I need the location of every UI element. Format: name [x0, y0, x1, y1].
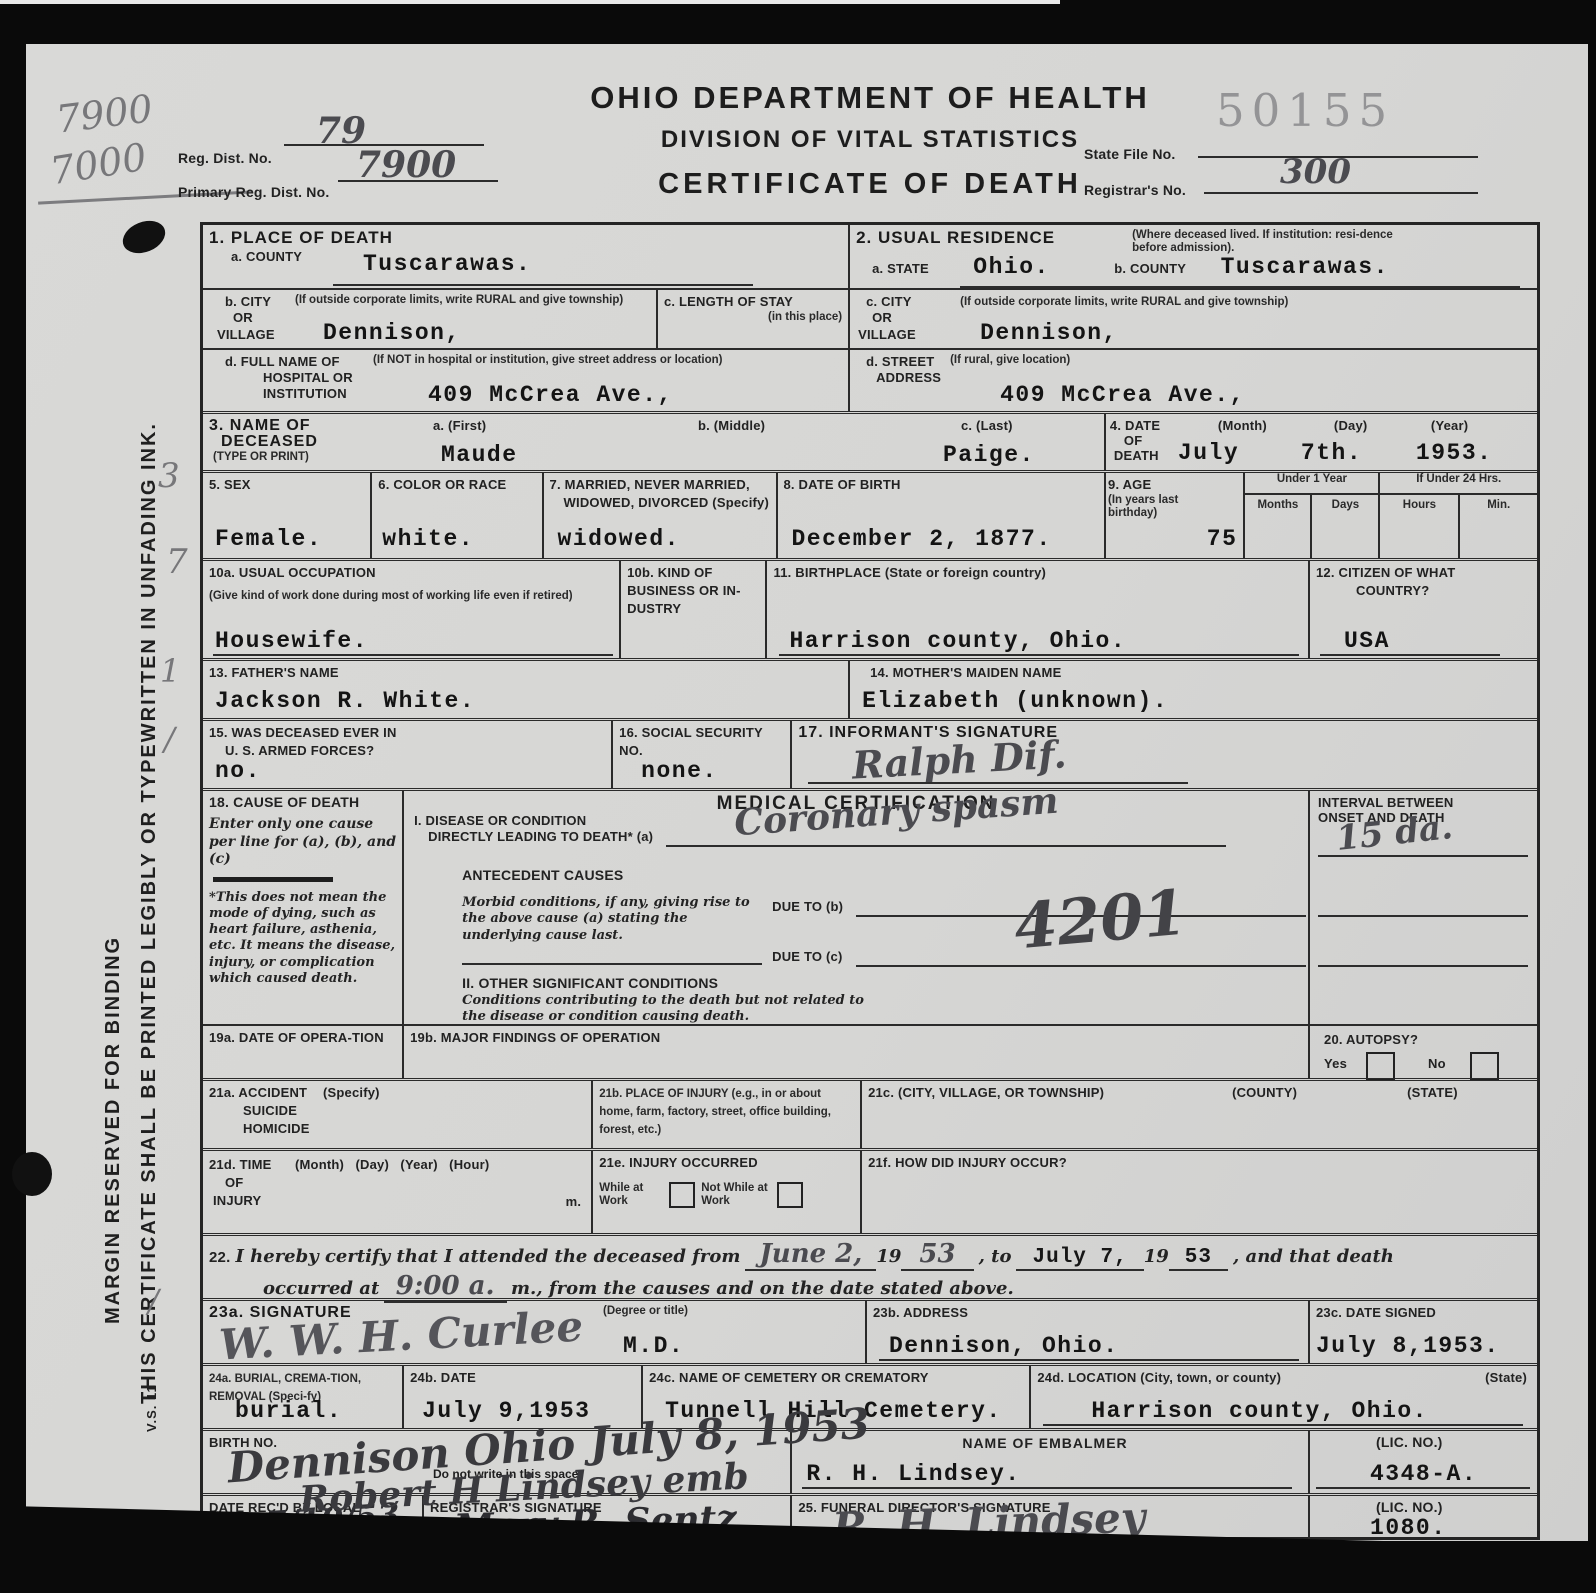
margin-mark-7: 7 [166, 542, 188, 582]
operation-date-label: 19a. DATE OF OPERA-TION [209, 1030, 384, 1045]
last-name-label: c. (Last) [961, 418, 1013, 433]
dod-month-value: July [1178, 440, 1239, 466]
cause-code-handwritten: 4201 [1011, 876, 1189, 964]
accident-specify-label: (Specify) [323, 1085, 380, 1100]
injury-time-cell: 21d. TIME OF INJURY (Month) (Day) (Year)… [203, 1151, 591, 1233]
race-value: white. [382, 526, 474, 552]
marital-cell: 7. MARRIED, NEVER MARRIED, WIDOWED, DIVO… [542, 473, 776, 558]
residence-city-label: c. CITY [866, 294, 911, 309]
punch-hole-top [118, 215, 170, 259]
certify-19b: 19 [1144, 1246, 1169, 1267]
place-or-label: OR [233, 310, 253, 325]
deceased-name-cell: 3. NAME OF DECEASED (TYPE OR PRINT) a. (… [203, 414, 1104, 470]
date-signed-label: 23c. DATE SIGNED [1316, 1305, 1436, 1320]
age-cell: 9. AGE (In years last birthday) 75 [1104, 473, 1243, 558]
mother-label: 14. MOTHER'S MAIDEN NAME [870, 665, 1061, 680]
dod-month-label: (Month) [1218, 418, 1267, 433]
certify-19a: 19 [876, 1246, 901, 1267]
birthplace-cell: 11. BIRTHPLACE (State or foreign country… [765, 561, 1308, 658]
autopsy-cell: 20. AUTOPSY? Yes No [1310, 1026, 1537, 1078]
ssn-label: 16. SOCIAL SECURITY NO. [619, 725, 762, 758]
certify-text2: , and that death [1233, 1246, 1394, 1267]
punch-hole-bottom [12, 1152, 52, 1196]
forces-label1: 15. WAS DECEASED EVER IN [209, 725, 397, 740]
pencil-number-top2: 7000 [47, 135, 149, 194]
burial-location-value: Harrison county, Ohio. [1091, 1398, 1428, 1424]
date-signed-cell: 23c. DATE SIGNED July 8,1953. [1308, 1301, 1537, 1363]
residence-county-value: Tuscarawas. [1221, 254, 1389, 280]
row-place-residence-b: b. CITY OR VILLAGE (If outside corporate… [203, 288, 1537, 348]
certify-from-handwritten: June 2, [745, 1239, 876, 1271]
occupation-value: Housewife. [215, 628, 368, 654]
scan-edge-top [0, 0, 1060, 4]
director-lic-label: (LIC. NO.) [1376, 1499, 1443, 1515]
citizen-cell: 12. CITIZEN OF WHAT COUNTRY? USA [1308, 561, 1537, 658]
place-city-label: b. CITY [225, 294, 271, 309]
hours-label: Hours [1380, 495, 1460, 558]
registrar-no-value: 300 [1280, 152, 1351, 192]
certify-cell: 22. I hereby certify that I attended the… [203, 1236, 1537, 1298]
place-city-note: (If outside corporate limits, write RURA… [295, 294, 625, 307]
embalmer-lic-label: (LIC. NO.) [1376, 1434, 1443, 1450]
accident-label1: 21a. ACCIDENT [209, 1085, 307, 1100]
physician-md: M.D. [623, 1333, 684, 1359]
place-hosp-label3: INSTITUTION [263, 386, 347, 401]
physician-address-value: Dennison, Ohio. [889, 1333, 1119, 1359]
place-village-label: VILLAGE [217, 327, 275, 342]
cemetery-label: 24c. NAME OF CEMETERY OR CREMATORY [649, 1370, 929, 1385]
scanned-death-certificate: 7900 7000 MARGIN RESERVED FOR BINDING TH… [0, 0, 1596, 1593]
margin-mark-3: 3 [158, 456, 180, 496]
informant-cell: 17. INFORMANT'S SIGNATURE Ralph Dif. [790, 721, 1537, 788]
citizen-value: USA [1344, 628, 1390, 654]
margin-ink-text: THIS CERTIFICATE SHALL BE PRINTED LEGIBL… [138, 264, 161, 1404]
row-certify: 22. I hereby certify that I attended the… [203, 1233, 1537, 1298]
dob-cell: 8. DATE OF BIRTH December 2, 1877. [776, 473, 1105, 558]
forces-label2: U. S. ARMED FORCES? [225, 743, 374, 758]
place-stay-label: c. LENGTH OF STAY [664, 294, 793, 309]
residence-header-cell: 2. USUAL RESIDENCE (Where deceased lived… [848, 225, 1537, 288]
disease-value-handwritten: Coronary spasm [733, 780, 1060, 845]
dod-label2: OF [1124, 433, 1142, 448]
certify-text4: m., from the causes and on the date stat… [511, 1278, 1014, 1299]
due-to-b-label: DUE TO (b) [772, 899, 843, 914]
place-hosp-label1: d. FULL NAME OF [225, 354, 340, 369]
dod-year-value: 1953. [1416, 440, 1493, 466]
injury-how-label: 21f. HOW DID INJURY OCCUR? [868, 1155, 1067, 1170]
mother-cell: 14. MOTHER'S MAIDEN NAME Elizabeth (unkn… [848, 661, 1537, 718]
citizen-label1: 12. CITIZEN OF WHAT [1316, 565, 1455, 580]
row-vitals: 5. SEX Female. 6. COLOR OR RACE white. 7… [203, 470, 1537, 558]
residence-or-label: OR [872, 310, 892, 325]
certify-from-year: 53 [901, 1239, 973, 1271]
other-conditions-note: Conditions contributing to the death but… [462, 993, 892, 1026]
dob-label: 8. DATE OF BIRTH [784, 477, 901, 492]
place-stay-note: (in this place) [664, 311, 842, 324]
physician-address-cell: 23b. ADDRESS Dennison, Ohio. [865, 1301, 1308, 1363]
residence-street-label2: ADDRESS [876, 370, 941, 385]
row-injury-type: 21a. ACCIDENT (Specify) SUICIDE HOMICIDE… [203, 1078, 1537, 1148]
disease-label1: I. DISEASE OR CONDITION [414, 813, 586, 828]
row-medical-certification: 18. CAUSE OF DEATH Enter only one cause … [203, 788, 1537, 1078]
deceased-title2: DECEASED [221, 433, 318, 451]
dod-year-label: (Year) [1431, 418, 1468, 433]
injury-time-label2: OF [225, 1175, 243, 1190]
place-county-label: a. COUNTY [231, 249, 302, 264]
burial-location-state-label: (State) [1485, 1370, 1527, 1385]
autopsy-label: 20. AUTOPSY? [1324, 1032, 1418, 1047]
due-to-c-label: DUE TO (c) [772, 949, 842, 964]
interval-cell: INTERVAL BETWEEN ONSET AND DEATH 15 da. [1310, 791, 1537, 1026]
embalmer-lic-cell: (LIC. NO.) 4348-A. [1308, 1431, 1537, 1493]
file-stamp-number: 50155 [1216, 84, 1394, 137]
residence-state-value: Ohio. [973, 254, 1050, 280]
place-stay-cell: c. LENGTH OF STAY (in this place) [656, 290, 848, 348]
physician-signature-cell: 23a. SIGNATURE (Degree or title) W. W. H… [203, 1301, 865, 1363]
margin-mark-1a: 1 [160, 652, 180, 690]
row-name-dateofdeath: 3. NAME OF DECEASED (TYPE OR PRINT) a. (… [203, 411, 1537, 470]
residence-city-note: (If outside corporate limits, write RURA… [960, 296, 1380, 309]
dob-value: December 2, 1877. [792, 526, 1052, 552]
primary-reg-label: Primary Reg. Dist. No. [178, 184, 329, 201]
min-label: Min. [1460, 495, 1537, 558]
certify-to-year: 53 [1169, 1246, 1228, 1271]
sex-label: 5. SEX [209, 477, 251, 492]
residence-county-label: b. COUNTY [1114, 261, 1186, 276]
cause-note2: *This does not mean the mode of dying, s… [209, 890, 396, 988]
antecedent-label: ANTECEDENT CAUSES [462, 867, 623, 884]
certificate-form: 1. PLACE OF DEATH a. COUNTY Tuscarawas. … [200, 222, 1540, 1540]
embalmer-label: NAME OF EMBALMER [962, 1435, 1127, 1452]
certify-to-date: July 7, [1016, 1246, 1143, 1271]
not-while-at-work-checkbox [777, 1182, 803, 1208]
operation-date-cell: 19a. DATE OF OPERA-TION [203, 1026, 402, 1078]
burial-date-label: 24b. DATE [410, 1370, 476, 1385]
cause-note1: Enter only one cause per line for (a), (… [209, 816, 396, 869]
morbid-note: Morbid conditions, if any, giving rise t… [462, 895, 752, 944]
medical-column: MEDICAL CERTIFICATION I. DISEASE OR COND… [402, 791, 1308, 1078]
accident-label3: HOMICIDE [243, 1121, 310, 1136]
sex-cell: 5. SEX Female. [203, 473, 370, 558]
autopsy-no-label: No [1428, 1056, 1446, 1071]
injury-state-label: (STATE) [1407, 1085, 1458, 1100]
age-subcolumns: Under 1 Year If Under 24 Hrs. Months Day… [1243, 473, 1537, 558]
occupation-cell: 10a. USUAL OCCUPATION (Give kind of work… [203, 561, 619, 658]
injury-time-m: m. [566, 1194, 582, 1209]
injury-occurred-label: 21e. INJURY OCCURRED [599, 1155, 758, 1170]
place-hosp-note: (If NOT in hospital or institution, give… [373, 354, 823, 367]
burial-type-value: burial. [235, 1398, 342, 1424]
while-at-work-label: While at Work [599, 1182, 663, 1208]
father-label: 13. FATHER'S NAME [209, 665, 339, 680]
last-name-value: Paige. [943, 442, 1035, 468]
race-label: 6. COLOR OR RACE [378, 477, 506, 492]
first-name-label: a. (First) [433, 418, 486, 433]
place-hosp-value: 409 McCrea Ave., [428, 382, 673, 408]
embalmer-value: R. H. Lindsey. [806, 1461, 1020, 1487]
marital-label2: WIDOWED, DIVORCED (Specify) [564, 495, 769, 510]
residence-street-cell: d. STREET ADDRESS (If rural, give locati… [848, 350, 1537, 411]
cause-label: 18. CAUSE OF DEATH [209, 794, 359, 810]
place-city-value: Dennison, [323, 320, 461, 346]
injury-occurred-cell: 21e. INJURY OCCURRED While at Work Not W… [591, 1151, 860, 1233]
accident-label2: SUICIDE [243, 1103, 297, 1118]
residence-note: (Where deceased lived. If institution: r… [1132, 229, 1422, 255]
residence-street-value: 409 McCrea Ave., [1000, 382, 1245, 408]
accident-cell: 21a. ACCIDENT (Specify) SUICIDE HOMICIDE [203, 1081, 591, 1148]
row-burial: 24a. BURIAL, CREMA-TION, REMOVAL (Speci-… [203, 1363, 1537, 1428]
place-hospital-cell: d. FULL NAME OF HOSPITAL OR INSTITUTION … [203, 350, 848, 411]
dod-day-value: 7th. [1301, 440, 1362, 466]
armed-forces-cell: 15. WAS DECEASED EVER IN U. S. ARMED FOR… [203, 721, 611, 788]
residence-city-cell: c. CITY OR VILLAGE (If outside corporate… [848, 290, 1537, 348]
row-place-residence-c: d. FULL NAME OF HOSPITAL OR INSTITUTION … [203, 348, 1537, 411]
burial-location-label: 24d. LOCATION (City, town, or county) [1037, 1370, 1281, 1385]
cause-divider [213, 877, 333, 882]
margin-binding-text: MARGIN RESERVED FOR BINDING [102, 604, 125, 1324]
registrar-no-label: Registrar's No. [1084, 182, 1186, 199]
medical-cert-cell: MEDICAL CERTIFICATION I. DISEASE OR COND… [404, 791, 1308, 1026]
margin-form-number: V.S. 11 [144, 1362, 159, 1432]
certify-text3: occurred at [263, 1278, 379, 1299]
injury-county-label: (COUNTY) [1232, 1085, 1297, 1100]
days-label: Days [1312, 495, 1380, 558]
marital-value: widowed. [558, 526, 680, 552]
place-hosp-label2: HOSPITAL OR [263, 370, 353, 385]
age-value: 75 [1207, 526, 1238, 552]
injury-how-cell: 21f. HOW DID INJURY OCCUR? [860, 1151, 1537, 1233]
reg-dist-label: Reg. Dist. No. [178, 150, 272, 167]
residence-village-label: VILLAGE [858, 327, 916, 342]
place-county-value: Tuscarawas. [363, 251, 531, 277]
residence-street-note: (If rural, give location) [950, 354, 1070, 367]
row-injury-time: 21d. TIME OF INJURY (Month) (Day) (Year)… [203, 1148, 1537, 1233]
months-label: Months [1245, 495, 1312, 558]
birthplace-label: 11. BIRTHPLACE (State or foreign country… [773, 565, 1046, 580]
burial-type-cell: 24a. BURIAL, CREMA-TION, REMOVAL (Speci-… [203, 1366, 402, 1428]
under-1-year-label: Under 1 Year [1245, 473, 1380, 493]
mother-value: Elizabeth (unknown). [862, 688, 1168, 714]
operation-findings-cell: 19b. MAJOR FINDINGS OF OPERATION [404, 1026, 1308, 1078]
place-city-cell: b. CITY OR VILLAGE (If outside corporate… [203, 290, 656, 348]
row-forces-ssn-informant: 15. WAS DECEASED EVER IN U. S. ARMED FOR… [203, 718, 1537, 788]
state-file-label: State File No. [1084, 146, 1175, 163]
birthplace-value: Harrison county, Ohio. [789, 628, 1126, 654]
citizen-label2: COUNTRY? [1356, 583, 1429, 598]
ssn-cell: 16. SOCIAL SECURITY NO. none. [611, 721, 790, 788]
operation-findings-label: 19b. MAJOR FINDINGS OF OPERATION [410, 1030, 660, 1045]
date-of-death-cell: 4. DATE OF DEATH (Month) (Day) (Year) Ju… [1104, 414, 1537, 470]
industry-cell: 10b. KIND OF BUSINESS OR IN-DUSTRY [619, 561, 765, 658]
father-cell: 13. FATHER'S NAME Jackson R. White. [203, 661, 848, 718]
race-cell: 6. COLOR OR RACE white. [370, 473, 541, 558]
certify-text1: I hereby certify that I attended the dec… [235, 1246, 740, 1267]
disease-label2: DIRECTLY LEADING TO DEATH* (a) [428, 829, 653, 844]
occupation-note: (Give kind of work done during most of w… [209, 590, 579, 603]
dod-day-label: (Day) [1334, 418, 1368, 433]
place-title: 1. PLACE OF DEATH [209, 228, 393, 247]
autopsy-no-checkbox [1470, 1052, 1499, 1081]
row-physician: 23a. SIGNATURE (Degree or title) W. W. H… [203, 1298, 1537, 1363]
deceased-title3: (TYPE OR PRINT) [213, 451, 309, 464]
occupation-label: 10a. USUAL OCCUPATION [209, 565, 376, 580]
residence-state-label: a. STATE [872, 261, 929, 276]
cause-of-death-cell: 18. CAUSE OF DEATH Enter only one cause … [203, 791, 402, 1026]
row-parents: 13. FATHER'S NAME Jackson R. White. 14. … [203, 658, 1537, 718]
industry-label: 10b. KIND OF BUSINESS OR IN-DUSTRY [627, 565, 741, 616]
injury-time-columns: (Month) (Day) (Year) (Hour) [295, 1157, 489, 1172]
dod-label3: DEATH [1114, 448, 1159, 463]
pencil-number-top: 7900 [54, 86, 155, 141]
margin-mark-1c: / [148, 1282, 159, 1320]
injury-city-label: 21c. (CITY, VILLAGE, OR TOWNSHIP) [868, 1085, 1104, 1100]
injury-time-label1: 21d. TIME [209, 1157, 271, 1172]
autopsy-yes-label: Yes [1324, 1056, 1347, 1071]
director-lic-cell: (LIC. NO.) 1080. [1308, 1496, 1537, 1543]
ssn-value: none. [641, 758, 718, 784]
age-note: (In years last birthday) [1108, 494, 1196, 520]
physician-address-label: 23b. ADDRESS [873, 1305, 968, 1320]
residence-street-label1: d. STREET [866, 354, 934, 369]
middle-name-label: b. (Middle) [698, 418, 765, 433]
certificate-paper: 7900 7000 MARGIN RESERVED FOR BINDING TH… [26, 44, 1588, 1541]
certificate-title: CERTIFICATE OF DEATH [370, 168, 1370, 201]
burial-location-cell: 24d. LOCATION (City, town, or county) (S… [1029, 1366, 1537, 1428]
not-while-at-work-label: Not While at Work [701, 1182, 771, 1208]
degree-title-label: (Degree or title) [603, 1305, 688, 1318]
forces-value: no. [215, 758, 261, 784]
while-at-work-checkbox [669, 1182, 695, 1208]
injury-city-cell: 21c. (CITY, VILLAGE, OR TOWNSHIP) (COUNT… [860, 1081, 1537, 1148]
marital-label1: 7. MARRIED, NEVER MARRIED, [550, 477, 750, 492]
residence-title: 2. USUAL RESIDENCE [856, 228, 1055, 247]
embalmer-lic-value: 4348-A. [1370, 1461, 1477, 1487]
autopsy-yes-checkbox [1366, 1052, 1395, 1081]
first-name-value: Maude [441, 442, 518, 468]
interval-column: INTERVAL BETWEEN ONSET AND DEATH 15 da. … [1308, 791, 1537, 1078]
certify-number: 22. [209, 1249, 230, 1266]
row-place-residence-a: 1. PLACE OF DEATH a. COUNTY Tuscarawas. … [203, 225, 1537, 288]
under-24-hrs-label: If Under 24 Hrs. [1380, 473, 1537, 493]
injury-time-label3: INJURY [213, 1193, 261, 1208]
dod-label1: 4. DATE [1110, 418, 1160, 433]
director-lic-value: 1080. [1370, 1515, 1447, 1541]
other-conditions-label: II. OTHER SIGNIFICANT CONDITIONS [462, 975, 718, 992]
certify-to-word: , to [979, 1246, 1012, 1267]
margin-mark-1b: / [164, 720, 175, 758]
residence-city-value: Dennison, [980, 320, 1118, 346]
cause-column: 18. CAUSE OF DEATH Enter only one cause … [203, 791, 402, 1078]
injury-place-cell: 21b. PLACE OF INJURY (e.g., in or about … [591, 1081, 860, 1148]
injury-place-label: 21b. PLACE OF INJURY (e.g., in or about … [599, 1088, 831, 1136]
age-label: 9. AGE [1108, 477, 1151, 492]
father-value: Jackson R. White. [215, 688, 475, 714]
date-signed-value: July 8,1953. [1316, 1333, 1500, 1359]
primary-reg-value: 7900 [356, 144, 456, 186]
place-of-death-header-cell: 1. PLACE OF DEATH a. COUNTY Tuscarawas. [203, 225, 848, 288]
row-occupation: 10a. USUAL OCCUPATION (Give kind of work… [203, 558, 1537, 658]
sex-value: Female. [215, 526, 322, 552]
